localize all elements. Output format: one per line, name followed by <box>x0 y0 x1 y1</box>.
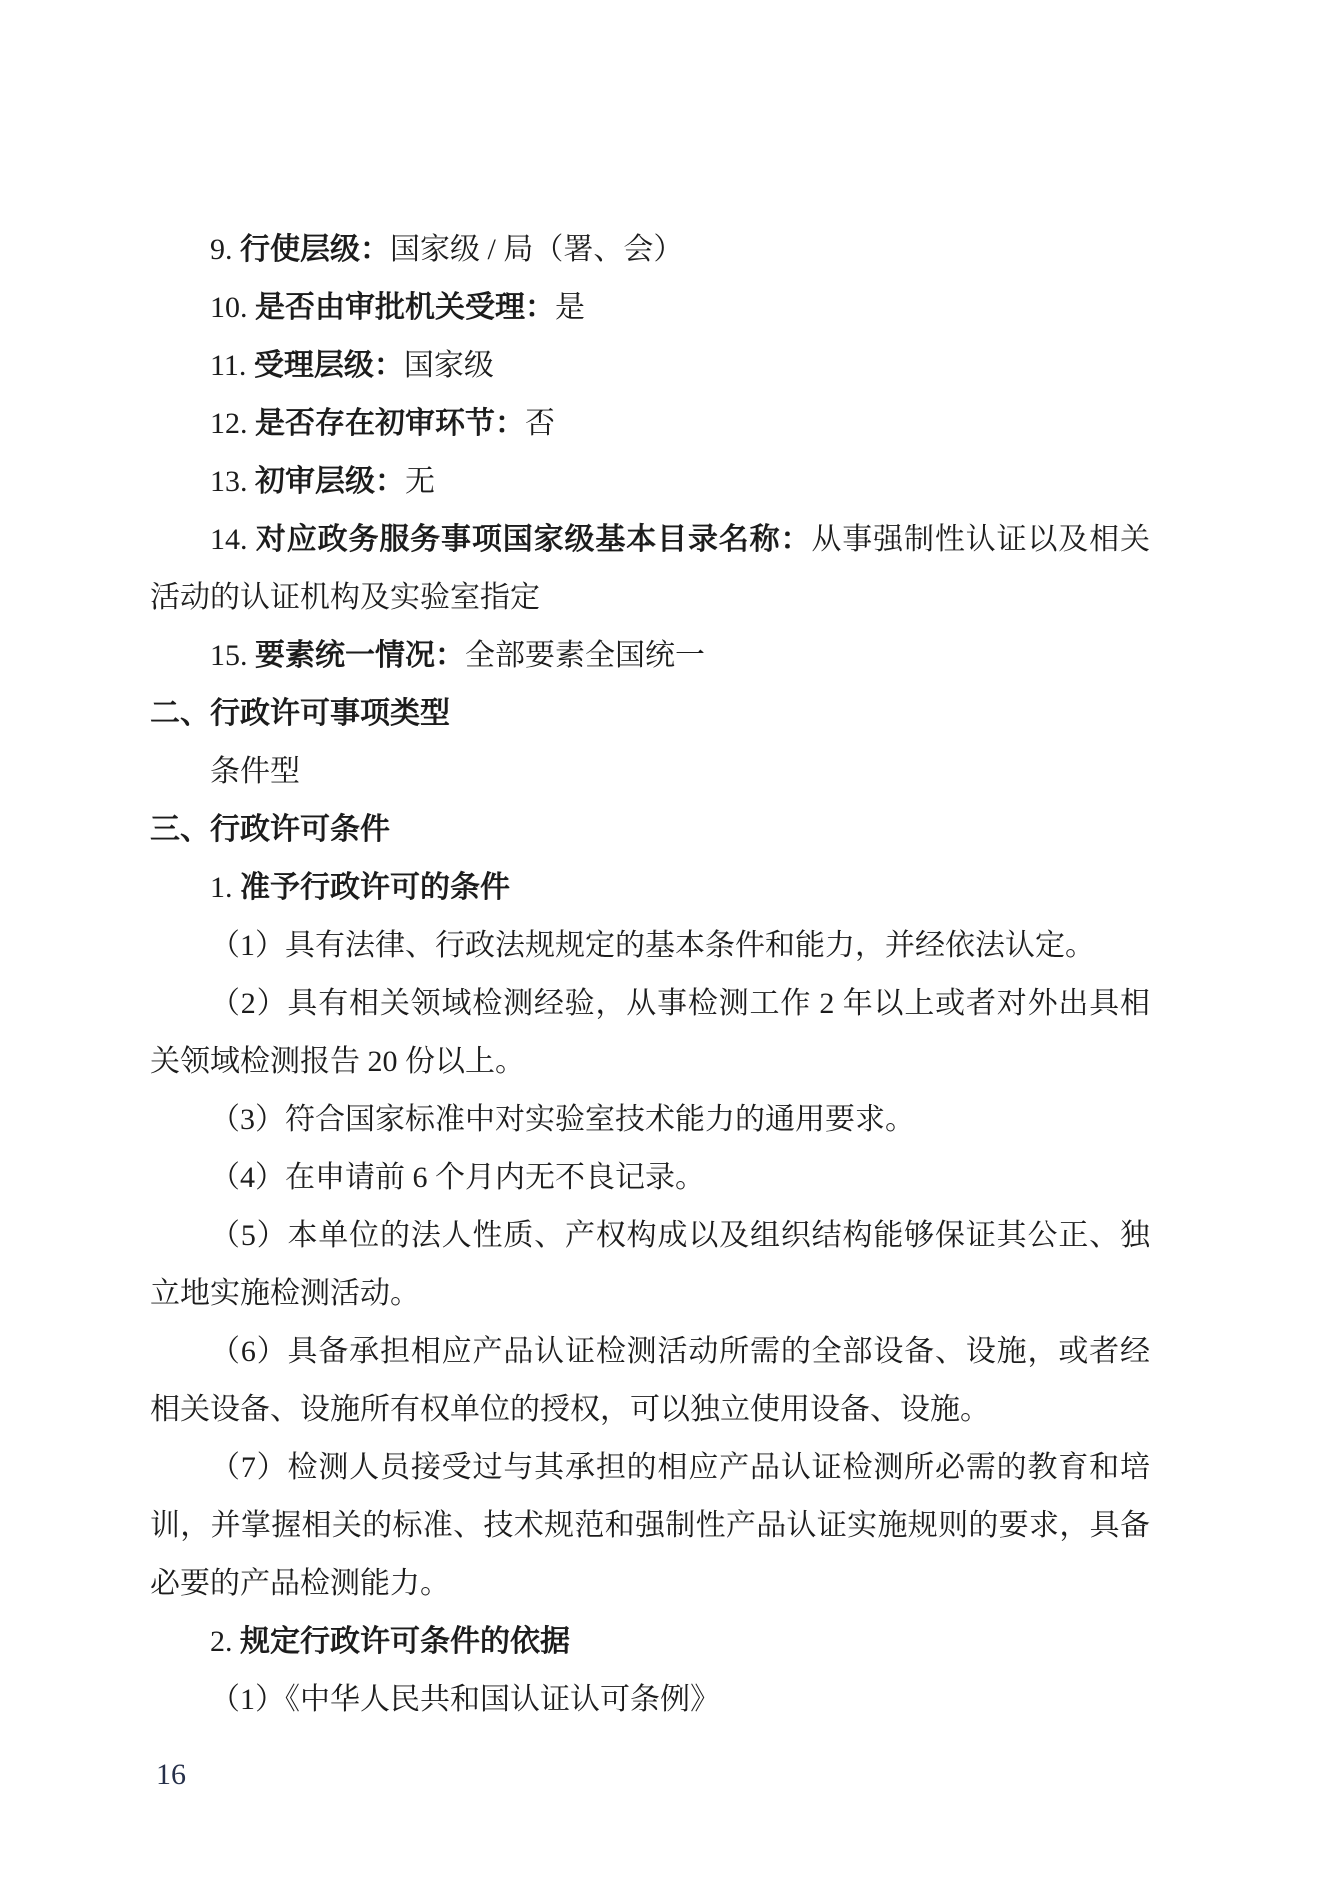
item-value: 是 <box>555 291 585 324</box>
document-page: 9. 行使层级：国家级 / 局（署、会） 10. 是否由审批机关受理：是 11.… <box>0 0 1339 1890</box>
item-label: 要素统一情况： <box>255 639 465 672</box>
subheading-title: 准予行政许可的条件 <box>240 871 510 904</box>
item-number: 9. <box>210 233 233 266</box>
subheading-title: 规定行政许可条件的依据 <box>240 1625 570 1658</box>
list-item-12: 12. 是否存在初审环节：否 <box>150 395 1150 453</box>
item-number: 11. <box>210 349 246 382</box>
subheading-number: 2. <box>210 1625 233 1658</box>
item-label: 行使层级： <box>240 233 390 266</box>
item-number: 13. <box>210 465 248 498</box>
item-label: 初审层级： <box>255 465 405 498</box>
condition-paragraph-4: （4）在申请前 6 个月内无不良记录。 <box>150 1149 1150 1207</box>
item-number: 10. <box>210 291 248 324</box>
item-value: 国家级 / 局（署、会） <box>390 233 683 266</box>
section-heading-2: 二、行政许可事项类型 <box>150 685 1150 743</box>
subheading-1: 1. 准予行政许可的条件 <box>150 859 1150 917</box>
condition-paragraph-6: （6）具备承担相应产品认证检测活动所需的全部设备、设施，或者经相关设备、设施所有… <box>150 1323 1150 1439</box>
condition-paragraph-5: （5）本单位的法人性质、产权构成以及组织结构能够保证其公正、独立地实施检测活动。 <box>150 1207 1150 1323</box>
item-label: 对应政务服务事项国家级基本目录名称： <box>256 523 812 556</box>
item-value: 无 <box>405 465 435 498</box>
item-value: 国家级 <box>404 349 494 382</box>
list-item-9: 9. 行使层级：国家级 / 局（署、会） <box>150 221 1150 279</box>
basis-paragraph-1: （1）《中华人民共和国认证认可条例》 <box>150 1671 1150 1729</box>
list-item-11: 11. 受理层级：国家级 <box>150 337 1150 395</box>
page-number: 16 <box>156 1758 186 1792</box>
condition-paragraph-1: （1）具有法律、行政法规规定的基本条件和能力，并经依法认定。 <box>150 917 1150 975</box>
item-value: 全部要素全国统一 <box>465 639 705 672</box>
item-label: 受理层级： <box>254 349 404 382</box>
condition-paragraph-3: （3）符合国家标准中对实验室技术能力的通用要求。 <box>150 1091 1150 1149</box>
item-label: 是否由审批机关受理： <box>255 291 555 324</box>
subheading-2: 2. 规定行政许可条件的依据 <box>150 1613 1150 1671</box>
item-number: 15. <box>210 639 248 672</box>
section-heading-3: 三、行政许可条件 <box>150 801 1150 859</box>
list-item-10: 10. 是否由审批机关受理：是 <box>150 279 1150 337</box>
list-item-13: 13. 初审层级：无 <box>150 453 1150 511</box>
subheading-number: 1. <box>210 871 233 904</box>
item-number: 14. <box>210 523 248 556</box>
condition-paragraph-7: （7）检测人员接受过与其承担的相应产品认证检测所必需的教育和培训，并掌握相关的标… <box>150 1439 1150 1613</box>
item-number: 12. <box>210 407 248 440</box>
list-item-15: 15. 要素统一情况：全部要素全国统一 <box>150 627 1150 685</box>
item-label: 是否存在初审环节： <box>255 407 525 440</box>
item-value: 否 <box>525 407 555 440</box>
section-2-body: 条件型 <box>150 743 1150 801</box>
document-body: 9. 行使层级：国家级 / 局（署、会） 10. 是否由审批机关受理：是 11.… <box>150 221 1150 1729</box>
condition-paragraph-2: （2）具有相关领域检测经验，从事检测工作 2 年以上或者对外出具相关领域检测报告… <box>150 975 1150 1091</box>
list-item-14: 14. 对应政务服务事项国家级基本目录名称：从事强制性认证以及相关活动的认证机构… <box>150 511 1150 627</box>
